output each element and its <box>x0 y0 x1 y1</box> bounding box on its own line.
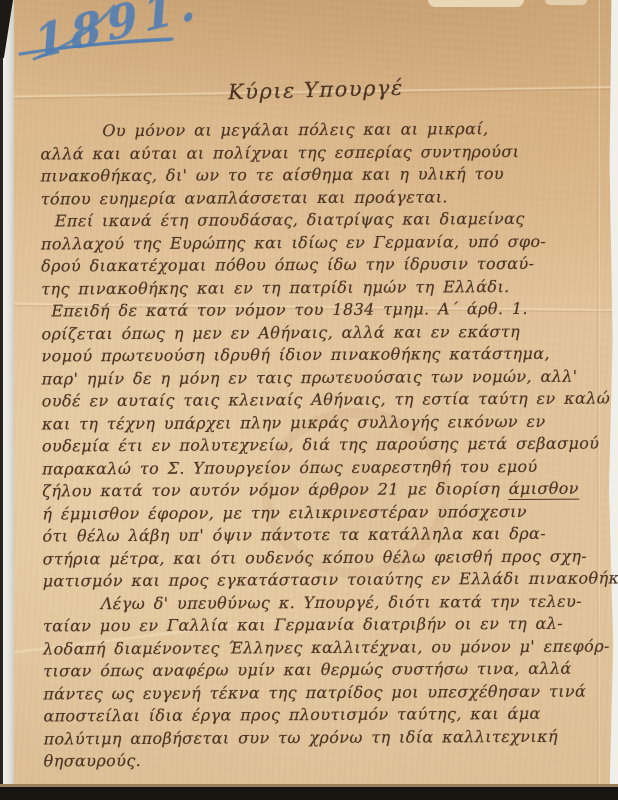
line-text: τισαν όπως αναφέρω υμίν και θερμώς συστή… <box>43 659 572 681</box>
line-text: Επειδή δε κατά τον νόμον του 1834 τμημ. … <box>51 299 528 320</box>
line-text: ζήλου κατά τον αυτόν νόμον άρθρον 21 με … <box>42 479 509 500</box>
handwriting-line: Επεί ικανά έτη σπουδάσας, διατρίψας και … <box>41 208 597 233</box>
handwriting-line: αλλά και αύται αι πολίχναι της εσπερίας … <box>40 140 596 165</box>
line-text: πολλαχού της Ευρώπης και ιδίως εν Γερμαν… <box>41 231 546 253</box>
line-text: παρ' ημίν δε η μόνη εν ταις πρωτευούσαις… <box>42 366 578 388</box>
scanned-letter-page: 1891. Κύριε Υπουργέ Ου μόνον αι μεγάλαι … <box>0 0 618 800</box>
handwriting-line: θησαυρούς. <box>44 748 600 773</box>
line-text: ματισμόν και προς εγκατάστασιν τοιαύτης … <box>43 568 618 590</box>
paper-edge-top-notch <box>428 0 524 7</box>
line-text: πάντες ως ευγενή τέκνα της πατρίδος μοι … <box>43 681 586 703</box>
handwriting-line: πινακοθήκας, δι' ων το τε αίσθημα και η … <box>41 163 597 188</box>
line-text: Επεί ικανά έτη σπουδάσας, διατρίψας και … <box>55 209 525 230</box>
line-text: θησαυρούς. <box>44 751 142 771</box>
underlined-word: άμισθον <box>509 479 579 500</box>
paper-edge-top-notch-small <box>545 0 587 5</box>
handwriting-line: ταίαν μου εν Γαλλία και Γερμανία διατριβ… <box>43 613 599 638</box>
handwriting-line: πολύτιμη αποβήσεται συν τω χρόνω τη ιδία… <box>43 725 599 750</box>
handwriting-line: της πινακοθήκης και εν τη πατρίδι ημών τ… <box>41 275 597 300</box>
line-text: δρού διακατέχομαι πόθου όπως ίδω την ίδρ… <box>41 254 534 276</box>
line-text: πολύτιμη αποβήσεται συν τω χρόνω τη ιδία… <box>43 726 558 748</box>
line-text: αποστείλαι ίδια έργα προς πλουτισμόν ταύ… <box>43 704 540 726</box>
handwriting-line: ότι θέλω λάβη υπ' όψιν πάντοτε τα κατάλλ… <box>42 523 598 548</box>
line-text: Λέγω δ' υπευθύνως κ. Υπουργέ, διότι κατά… <box>101 591 582 613</box>
handwriting-line: ουδέ εν αυταίς ταις κλειναίς Αθήναις, τη… <box>42 388 598 413</box>
letter-body: Ου μόνον αι μεγάλαι πόλεις και αι μικραί… <box>40 118 599 773</box>
line-text: νομού πρωτευούση ιδρυθή ίδιον πινακοθήκη… <box>41 344 550 366</box>
line-text: ουδεμία έτι εν πολυτεχνείω, διά της παρο… <box>42 434 599 456</box>
handwriting-line: ή έμμισθον έφορον, με την ειλικρινεστέρα… <box>42 500 598 525</box>
line-text: ορίζεται όπως η μεν εν Αθήναις, αλλά και… <box>41 321 520 343</box>
line-text: τόπου ευημερία αναπλάσσεται και προάγετα… <box>41 187 448 208</box>
handwriting-line: παρακαλώ το Σ. Υπουργείον όπως ευαρεστηθ… <box>42 455 598 480</box>
line-text: ή έμμισθον έφορον, με την ειλικρινεστέρα… <box>42 501 527 523</box>
handwriting-line: τισαν όπως αναφέρω υμίν και θερμώς συστή… <box>43 658 599 683</box>
handwriting-line: πάντες ως ευγενή τέκνα της πατρίδος μοι … <box>43 680 599 705</box>
line-text: στήρια μέτρα, και ότι ουδενός κόπου θέλω… <box>43 546 588 568</box>
handwriting-line: ματισμόν και προς εγκατάστασιν τοιαύτης … <box>43 568 599 593</box>
handwriting-line: στήρια μέτρα, και ότι ουδενός κόπου θέλω… <box>43 545 599 570</box>
line-text: Ου μόνον αι μεγάλαι πόλεις και αι μικραί… <box>102 119 488 140</box>
line-text: λοδαπή διαμένοντες Έλληνες καλλιτέχναι, … <box>43 636 610 658</box>
handwriting-line: ορίζεται όπως η μεν εν Αθήναις, αλλά και… <box>41 320 597 345</box>
handwriting-line: Επειδή δε κατά τον νόμον του 1834 τμημ. … <box>41 298 597 323</box>
handwriting-line: αποστείλαι ίδια έργα προς πλουτισμόν ταύ… <box>43 703 599 728</box>
salutation: Κύριε Υπουργέ <box>228 76 404 105</box>
scanner-margin-left <box>3 0 14 800</box>
line-text: αλλά και αύται αι πολίχναι της εσπερίας … <box>40 141 519 163</box>
line-text: ουδέ εν αυταίς ταις κλειναίς Αθήναις, τη… <box>42 388 611 410</box>
line-text: ότι θέλω λάβη υπ' όψιν πάντοτε τα κατάλλ… <box>42 524 546 546</box>
handwriting-line: ζήλου κατά τον αυτόν νόμον άρθρον 21 με … <box>42 478 598 503</box>
handwriting-line: Ου μόνον αι μεγάλαι πόλεις και αι μικραί… <box>40 118 596 143</box>
handwriting-line: λοδαπή διαμένοντες Έλληνες καλλιτέχναι, … <box>43 635 599 660</box>
line-text: της πινακοθήκης και εν τη πατρίδι ημών τ… <box>41 277 510 298</box>
line-text: και τη τέχνη υπάρχει πλην μικράς συλλογή… <box>42 411 546 433</box>
handwriting-line: πολλαχού της Ευρώπης και ιδίως εν Γερμαν… <box>41 230 597 255</box>
handwriting-line: Λέγω δ' υπευθύνως κ. Υπουργέ, διότι κατά… <box>43 590 599 615</box>
handwriting-line: και τη τέχνη υπάρχει πλην μικράς συλλογή… <box>42 410 598 435</box>
line-text: παρακαλώ το Σ. Υπουργείον όπως ευαρεστηθ… <box>42 456 538 478</box>
handwriting-line: ουδεμία έτι εν πολυτεχνείω, διά της παρο… <box>42 433 598 458</box>
handwriting-line: νομού πρωτευούση ιδρυθή ίδιον πινακοθήκη… <box>41 343 597 368</box>
handwriting-line: παρ' ημίν δε η μόνη εν ταις πρωτευούσαις… <box>42 365 598 390</box>
scan-edge-bottom <box>0 787 618 800</box>
handwriting-line: δρού διακατέχομαι πόθου όπως ίδω την ίδρ… <box>41 253 597 278</box>
year-annotation: 1891. <box>14 0 194 86</box>
line-text: ταίαν μου εν Γαλλία και Γερμανία διατριβ… <box>43 614 563 636</box>
line-text: πινακοθήκας, δι' ων το τε αίσθημα και η … <box>41 164 504 185</box>
handwriting-line: τόπου ευημερία αναπλάσσεται και προάγετα… <box>41 185 597 210</box>
